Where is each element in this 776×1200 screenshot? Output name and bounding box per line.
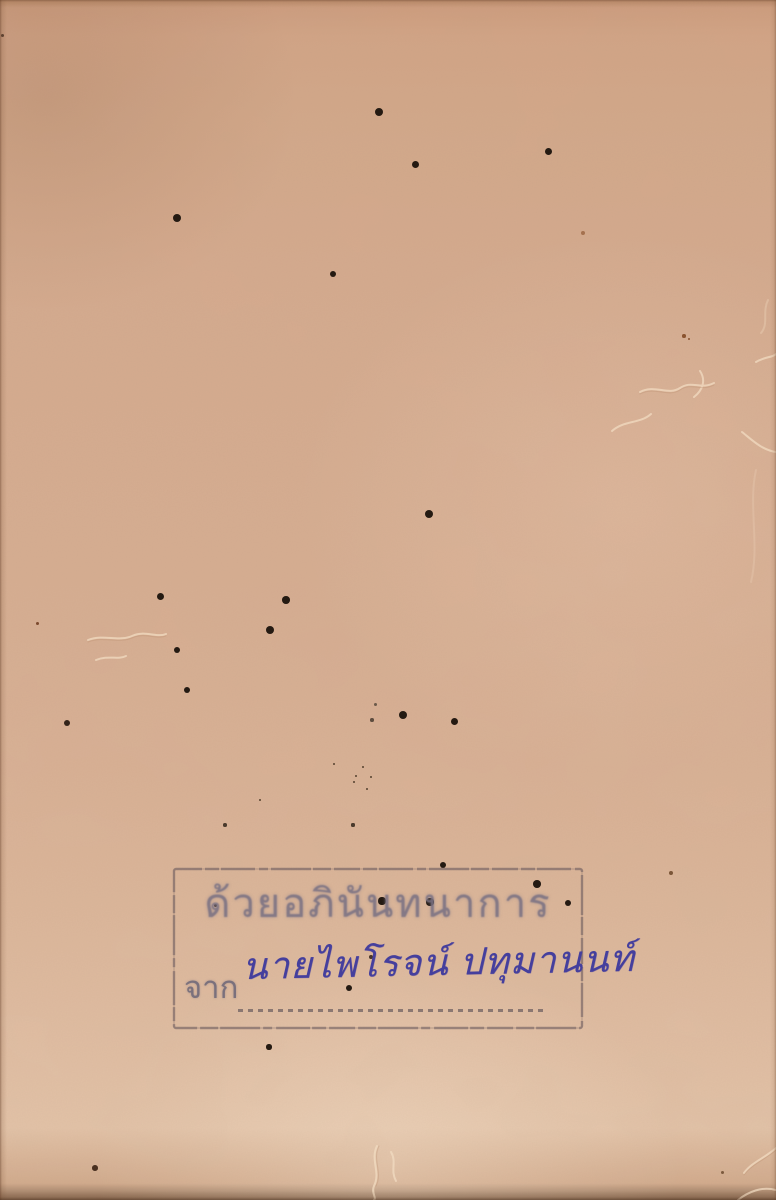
stamp-from-label: จาก [184, 970, 238, 1006]
handwritten-signature: นายไพโรจน์ ปทุมานนท์ [242, 938, 636, 988]
ink-speck [174, 647, 180, 653]
page-edge-shadow-bottom [0, 1191, 776, 1200]
ink-speck [688, 338, 691, 341]
ink-speck [157, 593, 164, 600]
ink-speck [173, 214, 181, 222]
ink-speck [375, 108, 383, 116]
ink-speck [412, 161, 419, 168]
ink-speck [370, 776, 372, 778]
ink-speck [36, 622, 39, 625]
book-page: ด้วยอภินันทนาการ จาก นายไพโรจน์ ปทุมานนท… [0, 0, 776, 1200]
ink-speck [351, 823, 354, 826]
ink-speck [330, 271, 336, 277]
ink-speck [425, 510, 433, 518]
ink-speck [581, 231, 585, 235]
ink-speck [366, 788, 369, 791]
ink-speck [362, 766, 365, 769]
ink-speck [545, 148, 552, 155]
ink-speck [451, 718, 458, 725]
ink-speck [353, 781, 355, 783]
ink-speck [184, 687, 191, 694]
ink-speck [259, 799, 261, 801]
ink-speck [64, 720, 70, 726]
ink-speck [370, 718, 374, 722]
ink-speck [669, 871, 673, 875]
page-edge-shadow-top [0, 0, 776, 8]
gift-stamp: ด้วยอภินันทนาการ จาก นายไพโรจน์ ปทุมานนท… [172, 866, 584, 1031]
ink-speck [355, 775, 358, 778]
ink-speck [374, 703, 377, 706]
ink-speck [333, 763, 335, 765]
ink-speck [92, 1165, 98, 1171]
ink-speck [282, 596, 290, 604]
ink-speck [682, 334, 686, 338]
ink-speck [266, 1044, 271, 1049]
ink-speck [223, 823, 227, 827]
ink-speck [399, 711, 407, 719]
ink-speck [721, 1171, 724, 1174]
page-edge-shadow-right [770, 0, 776, 1200]
stamp-dotted-line [238, 1009, 546, 1012]
stamp-title: ด้วยอภินันทนาการ [172, 878, 584, 930]
ink-speck [266, 626, 274, 634]
page-edge-shadow-left [0, 0, 7, 1200]
